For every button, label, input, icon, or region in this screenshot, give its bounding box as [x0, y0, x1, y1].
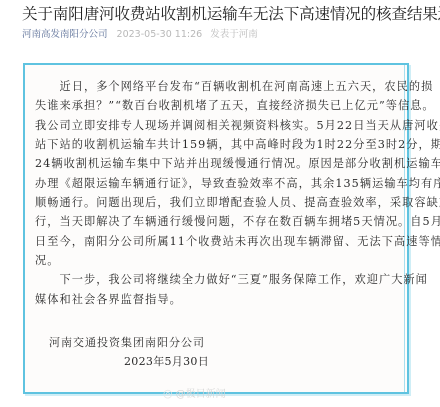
author-link[interactable]: 河南高发南阳分公司	[22, 29, 108, 40]
article-title: 关于南阳唐河收费站收割机运输车无法下高速情况的核查结果通报	[22, 3, 432, 25]
document-date: 2023年5月30日	[124, 353, 209, 369]
document-line: 顺畅通行。问题出现后，我们立即增配查验人员、提高查验效率，采取容缺放	[35, 193, 440, 212]
publish-time: 2023-05-30 11:26	[117, 29, 203, 40]
document-line: 行，当天即解决了车辆通行缓慢问题，不存在数百辆车拥堵5天情况。自5月22	[35, 212, 440, 231]
document-line: 近日，多个网络平台发布“百辆收割机在河南高速上五六天，农民的损	[35, 77, 433, 96]
document-line: 日至今，南阳分公司所属11个收费站未再次出现车辆滞留、无法下高速等情	[35, 232, 440, 251]
document-signature: 河南交通投资集团南阳分公司	[49, 334, 205, 350]
weibo-icon: ◎	[163, 387, 173, 400]
watermark: ◎@极目新闻	[163, 385, 226, 400]
document-line: 24辆收割机运输车集中下站并出现缓慢通行情况。原因是部分收割机运输车未	[35, 154, 440, 173]
article-meta: 河南高发南阳分公司 2023-05-30 11:26 发表于河南	[22, 28, 258, 42]
document-line: 媒体和社会各界监督指导。	[35, 290, 182, 309]
document-line: 况。	[35, 251, 59, 270]
document-line: 我公司立即安排专人现场并调阅相关视频资料核实。5月22日当天从唐河收费	[35, 116, 440, 135]
publish-location: 发表于河南	[210, 29, 258, 40]
watermark-text: @极目新闻	[176, 389, 226, 400]
notice-document-image: 近日，多个网络平台发布“百辆收割机在河南高速上五六天，农民的损 失谁来承担？”“…	[23, 63, 409, 394]
document-line: 失谁来承担？”“数百台收割机堵了五天，直接经济损失已上亿元”等信息。	[35, 96, 435, 115]
document-line: 站下站的收割机运输车共计159辆，其中高峰时段为1时22分至3时2分，期间有	[35, 135, 440, 154]
document-line: 下一步，我公司将继续全力做好“三夏”服务保障工作，欢迎广大新闻	[35, 270, 428, 289]
document-line: 办理《超限运输车辆通行证》，导致查验效率不高，其余135辆运输车均有序	[35, 174, 440, 193]
